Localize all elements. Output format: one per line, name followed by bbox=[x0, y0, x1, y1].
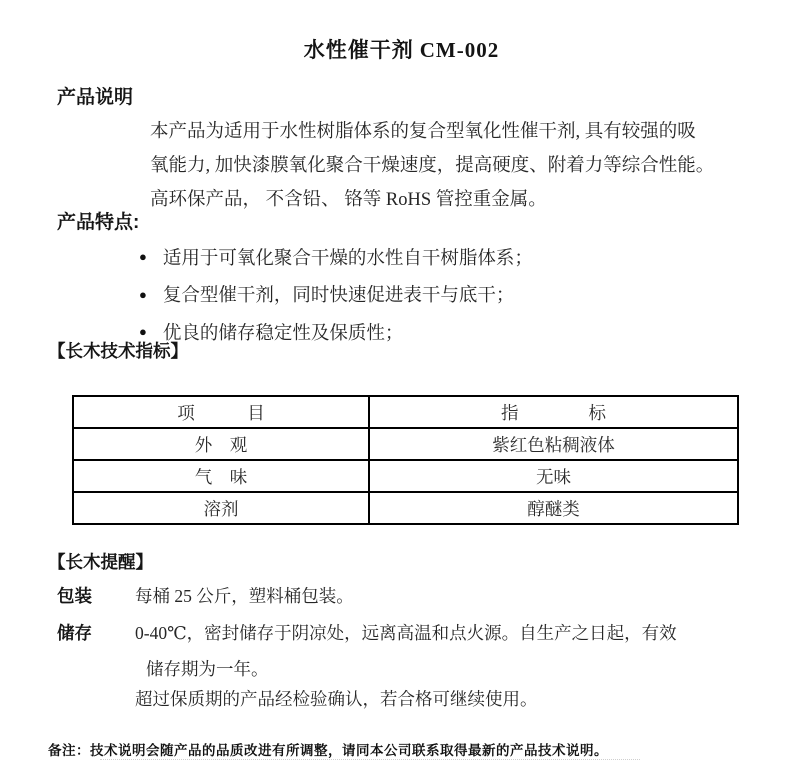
table-row: 溶剂 醇醚类 bbox=[73, 492, 738, 524]
bullet-icon: ● bbox=[139, 288, 147, 301]
table-header-row: 项 目 指 标 bbox=[73, 396, 738, 428]
packaging-text: 每桶 25 公斤，塑料桶包装。 bbox=[135, 583, 354, 608]
feature-text: 复合型催干剂，同时快速促进表干与底干； bbox=[163, 281, 515, 307]
section-heading-specs: 【长木技术指标】 bbox=[48, 338, 188, 363]
footer-divider bbox=[100, 759, 640, 760]
storage-line: 储存期为一年。 bbox=[146, 656, 269, 681]
spec-value: 无味 bbox=[369, 460, 738, 492]
feature-text: 适用于可氧化聚合干燥的水性自干树脂体系； bbox=[163, 244, 533, 270]
storage-line: 超过保质期的产品经检验确认，若合格可继续使用。 bbox=[135, 686, 538, 711]
spec-name: 溶剂 bbox=[73, 492, 369, 524]
column-header-value: 指 标 bbox=[369, 396, 738, 428]
storage-label: 储存 bbox=[57, 620, 92, 645]
section-heading-description: 产品说明 bbox=[57, 82, 133, 109]
column-header-item: 项 目 bbox=[73, 396, 369, 428]
datasheet-page: 水性催干剂CM-002 产品说明 本产品为适用于水性树脂体系的复合型氧化性催干剂… bbox=[0, 0, 803, 775]
bullet-icon: ● bbox=[139, 325, 147, 338]
list-item: ● 复合型催干剂，同时快速促进表干与底干； bbox=[139, 276, 533, 314]
spec-name: 气 味 bbox=[73, 460, 369, 492]
table-row: 气 味 无味 bbox=[73, 460, 738, 492]
packaging-label: 包装 bbox=[57, 583, 92, 608]
document-title: 水性催干剂CM-002 bbox=[0, 37, 803, 64]
table-row: 外 观 紫红色粘稠液体 bbox=[73, 428, 738, 460]
specs-table: 项 目 指 标 外 观 紫红色粘稠液体 气 味 无味 溶剂 醇醚类 bbox=[72, 395, 739, 525]
feature-list: ● 适用于可氧化聚合干燥的水性自干树脂体系； ● 复合型催干剂，同时快速促进表干… bbox=[139, 238, 533, 351]
description-paragraph: 本产品为适用于水性树脂体系的复合型氧化性催干剂, 具有较强的吸 氧能力, 加快漆… bbox=[150, 115, 754, 217]
feature-text: 优良的储存稳定性及保质性； bbox=[163, 319, 404, 345]
spec-value: 紫红色粘稠液体 bbox=[369, 428, 738, 460]
spec-name: 外 观 bbox=[73, 428, 369, 460]
storage-line: 0-40℃，密封储存于阴凉处，远离高温和点火源。自生产之日起，有效 bbox=[135, 620, 677, 645]
description-line: 高环保产品， 不含铅、 铬等 RoHS 管控重金属。 bbox=[150, 183, 754, 217]
bullet-icon: ● bbox=[139, 250, 147, 263]
footer-note: 备注：技术说明会随产品的品质改进有所调整，请同本公司联系取得最新的产品技术说明。 bbox=[48, 739, 608, 759]
section-heading-features: 产品特点: bbox=[57, 207, 139, 234]
product-code: CM-002 bbox=[420, 38, 499, 62]
description-line: 本产品为适用于水性树脂体系的复合型氧化性催干剂, 具有较强的吸 bbox=[150, 115, 754, 149]
description-line: 氧能力, 加快漆膜氧化聚合干燥速度，提高硬度、附着力等综合性能。 bbox=[150, 149, 754, 183]
section-heading-reminder: 【长木提醒】 bbox=[48, 549, 153, 574]
list-item: ● 适用于可氧化聚合干燥的水性自干树脂体系； bbox=[139, 238, 533, 276]
product-name: 水性催干剂 bbox=[304, 39, 414, 62]
list-item: ● 优良的储存稳定性及保质性； bbox=[139, 313, 533, 351]
spec-value: 醇醚类 bbox=[369, 492, 738, 524]
